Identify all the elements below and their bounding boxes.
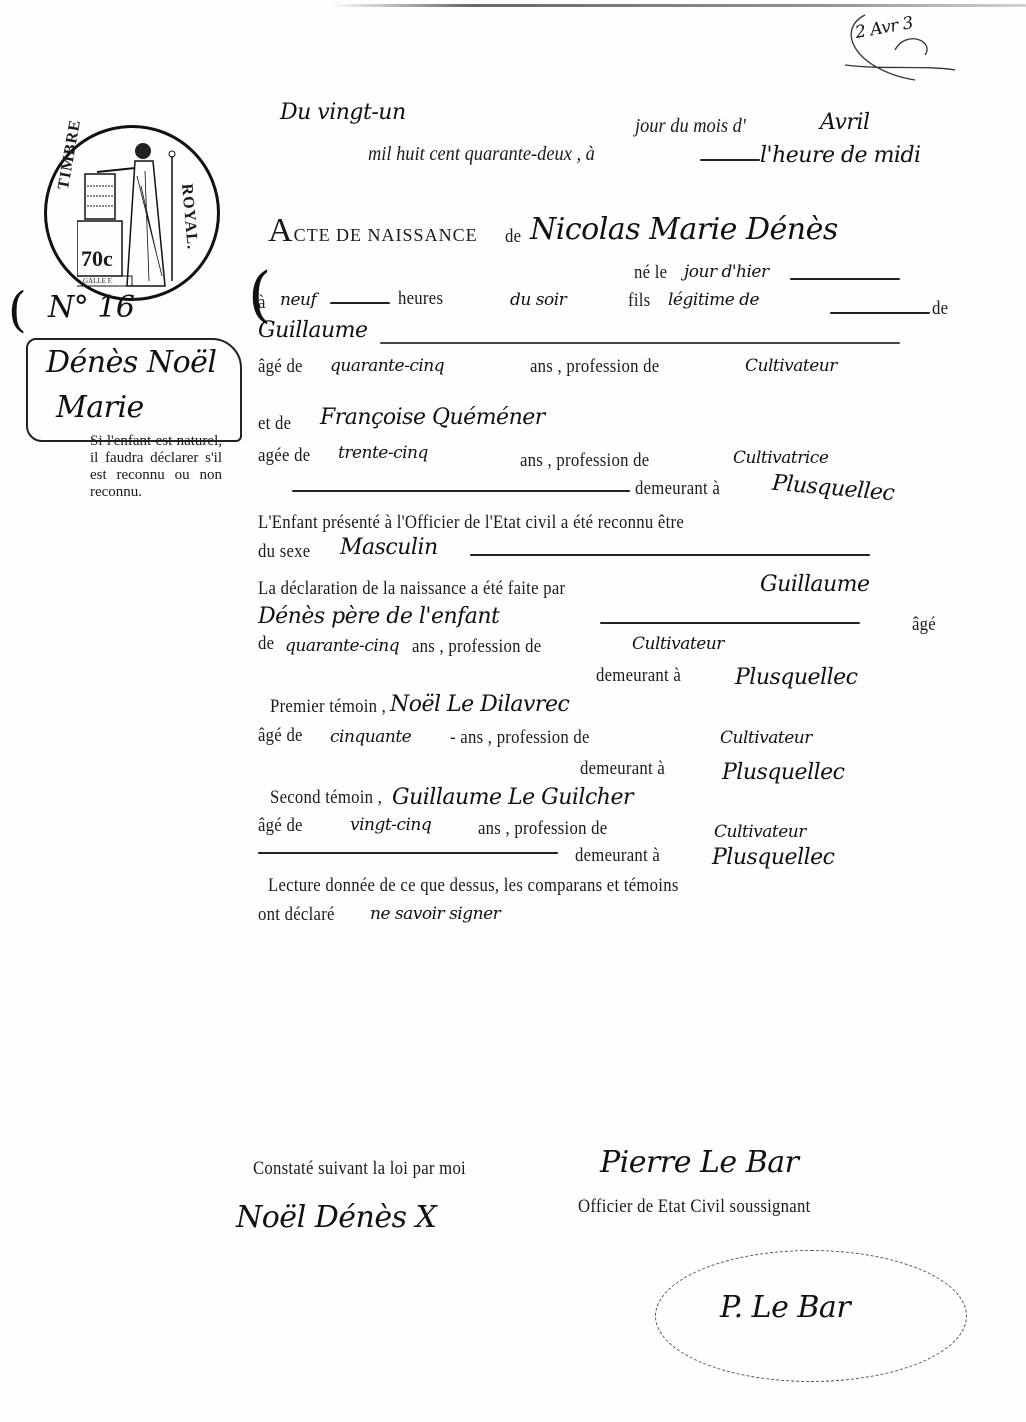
child-name: Nicolas Marie Dénès [530, 212, 838, 247]
witness1-age: cinquante [330, 727, 411, 747]
declarant-age: quarante-cinq [285, 636, 399, 656]
child-sex: Masculin [340, 535, 438, 560]
header-month: Avril [820, 110, 870, 135]
stamp-value: 70c [81, 246, 113, 272]
mother-age: trente-cinq [338, 443, 428, 463]
father-profession: Cultivateur [745, 356, 837, 376]
mother-name: Françoise Quéméner [320, 405, 545, 430]
attestation-text: Constaté suivant la loi par moi [253, 1158, 466, 1180]
mother-profession: Cultivatrice [733, 448, 828, 468]
presented-text: L'Enfant présenté à l'Officier de l'Etat… [258, 512, 684, 534]
declaration-text: La déclaration de la naissance a été fai… [258, 578, 565, 600]
header-day-suffix: jour du mois d' [635, 115, 746, 138]
declarant-profession: Cultivateur [632, 634, 724, 654]
header-hour: l'heure de midi [760, 143, 921, 168]
page-top-edge [330, 4, 1026, 7]
header-day: Du vingt-un [280, 100, 406, 125]
seal-signature: P. Le Bar [720, 1290, 850, 1325]
flourish-icon [835, 10, 975, 85]
birth-hour: neuf [280, 290, 316, 310]
witness1-profession: Cultivateur [720, 728, 812, 748]
bracket-icon: ( [8, 282, 27, 338]
officer-title: Officier de Etat Civil soussignant [578, 1196, 810, 1218]
witness2-age: vingt-cinq [350, 815, 431, 835]
declarant-relation: Dénès père de l'enfant [258, 604, 499, 629]
father-name: Guillaume [258, 318, 368, 343]
declarant-residence: Plusquellec [735, 665, 857, 690]
margin-number: N° 16 [48, 290, 134, 325]
margin-name-line2: Marie [56, 390, 144, 425]
margin-footnote: Si l'enfant est naturel, il faudra décla… [90, 433, 222, 501]
birth-certificate-page: 2 Avr 3 TIMBRE ROYAL. 70c GALLE F. Du vi… [0, 0, 1026, 1422]
mother-residence: Plusquellec [771, 471, 895, 507]
born-value: jour d'hier [684, 262, 769, 282]
header-year: mil huit cent quarante-deux , à [368, 143, 595, 166]
declared-value: ne savoir signer [370, 904, 500, 924]
witness2-name: Guillaume Le Guilcher [392, 785, 633, 810]
royal-stamp: TIMBRE ROYAL. 70c GALLE F. [44, 125, 220, 301]
document-title: ACTE DE NAISSANCE [268, 212, 478, 250]
witness2-residence: Plusquellec [712, 845, 834, 870]
officer-signature: Pierre Le Bar [600, 1145, 799, 1180]
reading-line: Lecture donnée de ce que dessus, les com… [268, 875, 679, 897]
father-age: quarante-cinq [330, 356, 444, 376]
witness1-name: Noël Le Dilavrec [390, 692, 569, 717]
birth-period: du soir [510, 290, 566, 310]
stamp-maker: GALLE F. [83, 277, 113, 285]
margin-name-line1: Dénès Noël [46, 345, 216, 380]
witness2-profession: Cultivateur [714, 822, 806, 842]
declarant-name: Guillaume [760, 572, 870, 597]
witness-marks: Noël Dénès X [236, 1200, 436, 1235]
son-value: légitime de [668, 290, 759, 310]
witness1-residence: Plusquellec [722, 760, 844, 785]
